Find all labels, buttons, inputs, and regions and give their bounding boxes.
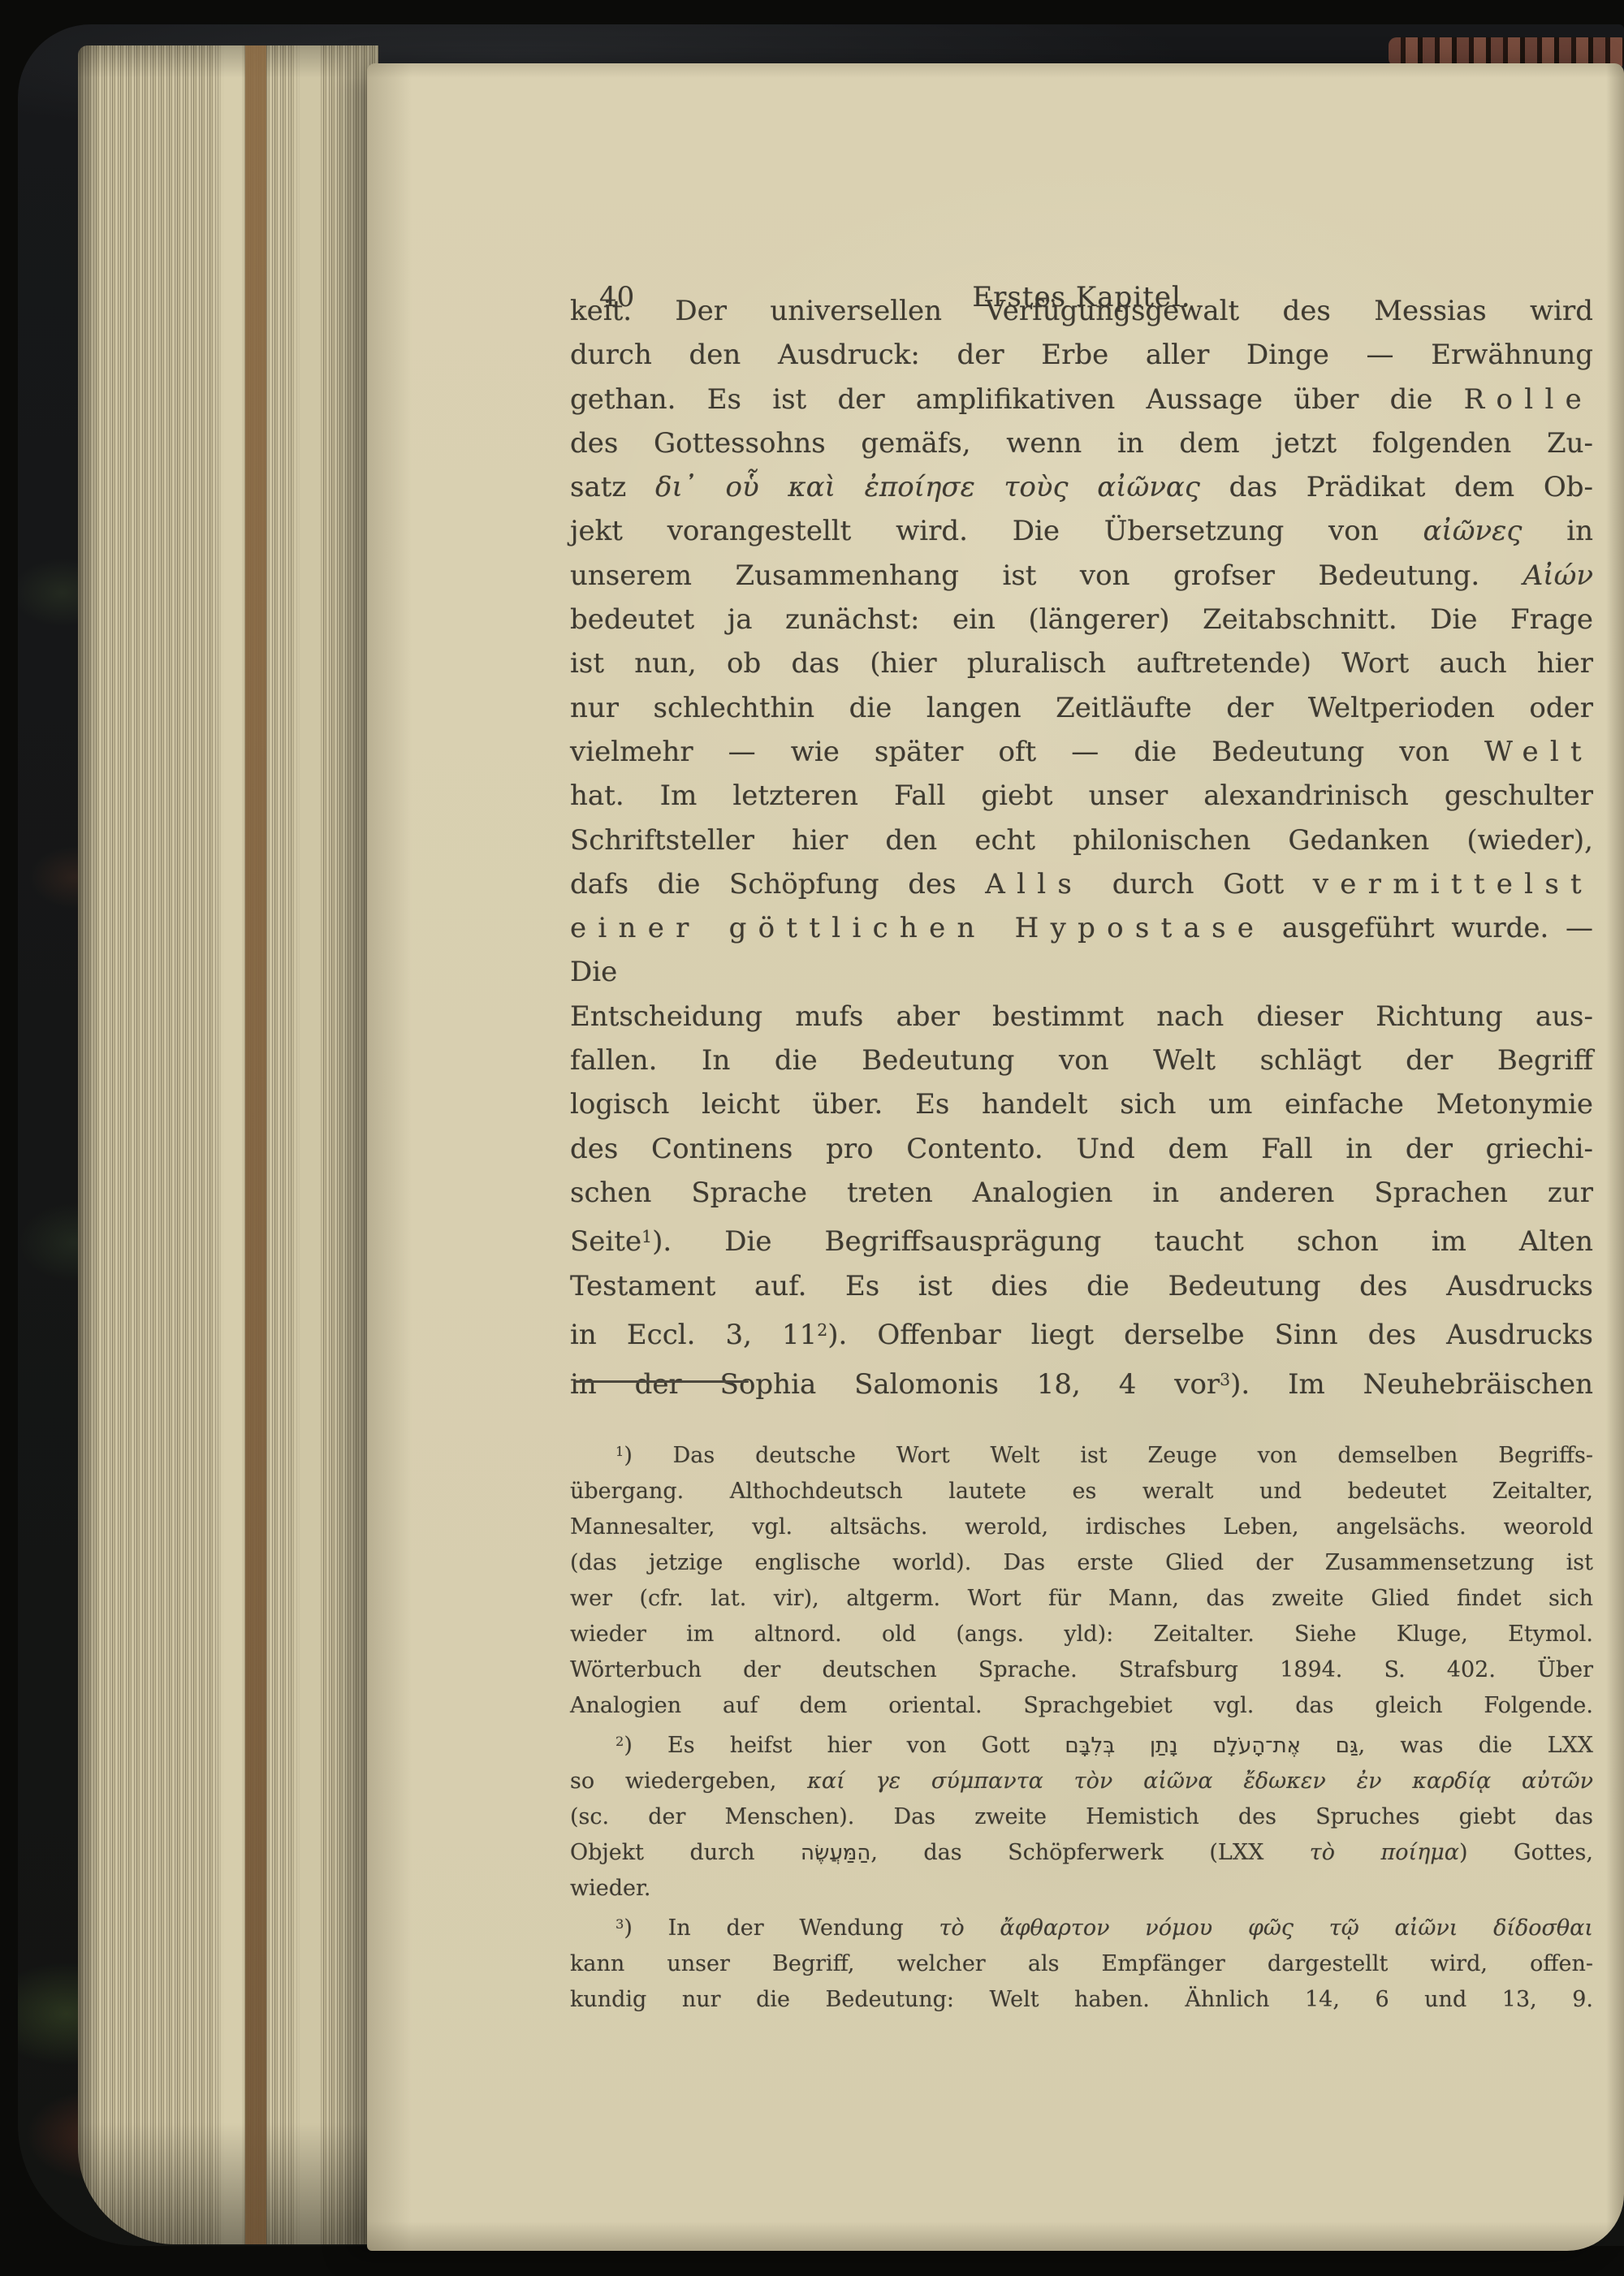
text-line: satz δι᾽ οὗ καὶ ἐποίησε τοὺς αἰῶνας das …: [570, 465, 1593, 509]
text-line: in Eccl. 3, 112). Offenbar liegt derselb…: [570, 1308, 1593, 1357]
text-line: ist nun, ob das (hier pluralisch auftret…: [570, 641, 1593, 685]
text-line: dafs die Schöpfung des Alls durch Gott v…: [570, 862, 1593, 906]
headband: [1389, 37, 1624, 67]
text-line: Seite1). Die Begriffsausprägung taucht s…: [570, 1215, 1593, 1263]
text-line: wieder.: [570, 1871, 1593, 1907]
text-line: übergang. Althochdeutsch lautete es wera…: [570, 1474, 1593, 1509]
text-line: Wörterbuch der deutschen Sprache. Strafs…: [570, 1652, 1593, 1688]
body-text: keit. Der universellen Verfügungsgewalt …: [570, 289, 1593, 1406]
text-line: Testament auf. Es ist dies die Bedeutung…: [570, 1264, 1593, 1308]
text-line: so wiedergeben, καί γε σύμπαντα τὸν αἰῶν…: [570, 1764, 1593, 1799]
text-line: (sc. der Menschen). Das zweite Hemistich…: [570, 1799, 1593, 1835]
text-line: einer göttlichen Hypostase ausgeführt wu…: [570, 906, 1593, 995]
text-line: hat. Im letzteren Fall giebt unser alexa…: [570, 774, 1593, 818]
text-line: gethan. Es ist der amplifikativen Aussag…: [570, 378, 1593, 421]
text-line: wieder im altnord. old (angs. yld): Zeit…: [570, 1617, 1593, 1652]
book-page: 40 Erstes Kapitel. keit. Der universelle…: [367, 63, 1624, 2251]
text-line: kundig nur die Bedeutung: Welt haben. Äh…: [570, 1982, 1593, 2018]
text-line: vielmehr — wie später oft — die Bedeutun…: [570, 730, 1593, 774]
text-line: Analogien auf dem oriental. Sprachgebiet…: [570, 1688, 1593, 1724]
text-line: des Gottessohns gemäfs, wenn in dem jetz…: [570, 421, 1593, 465]
text-line: 2) Es heifst hier von Gott גַּם אֶת־הָעֹ…: [570, 1724, 1593, 1764]
text-line: 3) In der Wendung τὸ ἄφθαρτον νόμου φῶς …: [570, 1907, 1593, 1946]
text-line: bedeutet ja zunächst: ein (längerer) Zei…: [570, 598, 1593, 641]
text-line: des Continens pro Contento. Und dem Fall…: [570, 1127, 1593, 1171]
text-line: logisch leicht über. Es handelt sich um …: [570, 1082, 1593, 1126]
footnote-rule: [575, 1380, 749, 1383]
text-line: fallen. In die Bedeutung von Welt schläg…: [570, 1039, 1593, 1082]
footnotes: 1) Das deutsche Wort Welt ist Zeuge von …: [570, 1434, 1593, 2018]
text-line: jekt vorangestellt wird. Die Übersetzung…: [570, 509, 1593, 553]
text-line: durch den Ausdruck: der Erbe aller Dinge…: [570, 333, 1593, 377]
bookmark-strip: [245, 45, 266, 2244]
text-line: Mannesalter, vgl. altsächs. werold, irdi…: [570, 1509, 1593, 1545]
text-line: 1) Das deutsche Wort Welt ist Zeuge von …: [570, 1434, 1593, 1474]
text-line: (das jetzige englische world). Das erste…: [570, 1545, 1593, 1581]
text-line: unserem Zusammenhang ist von grofser Bed…: [570, 554, 1593, 598]
text-line: nur schlechthin die langen Zeitläufte de…: [570, 686, 1593, 730]
text-line: keit. Der universellen Verfügungsgewalt …: [570, 289, 1593, 333]
text-line: Objekt durch הַמַּעֲשֶׂה, das Schöpferwe…: [570, 1835, 1593, 1871]
page-edges: [78, 45, 378, 2244]
text-line: kann unser Begriff, welcher als Empfänge…: [570, 1946, 1593, 1982]
text-line: schen Sprache treten Analogien in andere…: [570, 1171, 1593, 1215]
text-line: Entscheidung mufs aber bestimmt nach die…: [570, 995, 1593, 1039]
text-line: Schriftsteller hier den echt philonische…: [570, 818, 1593, 862]
text-line: wer (cfr. lat. vir), altgerm. Wort für M…: [570, 1581, 1593, 1617]
